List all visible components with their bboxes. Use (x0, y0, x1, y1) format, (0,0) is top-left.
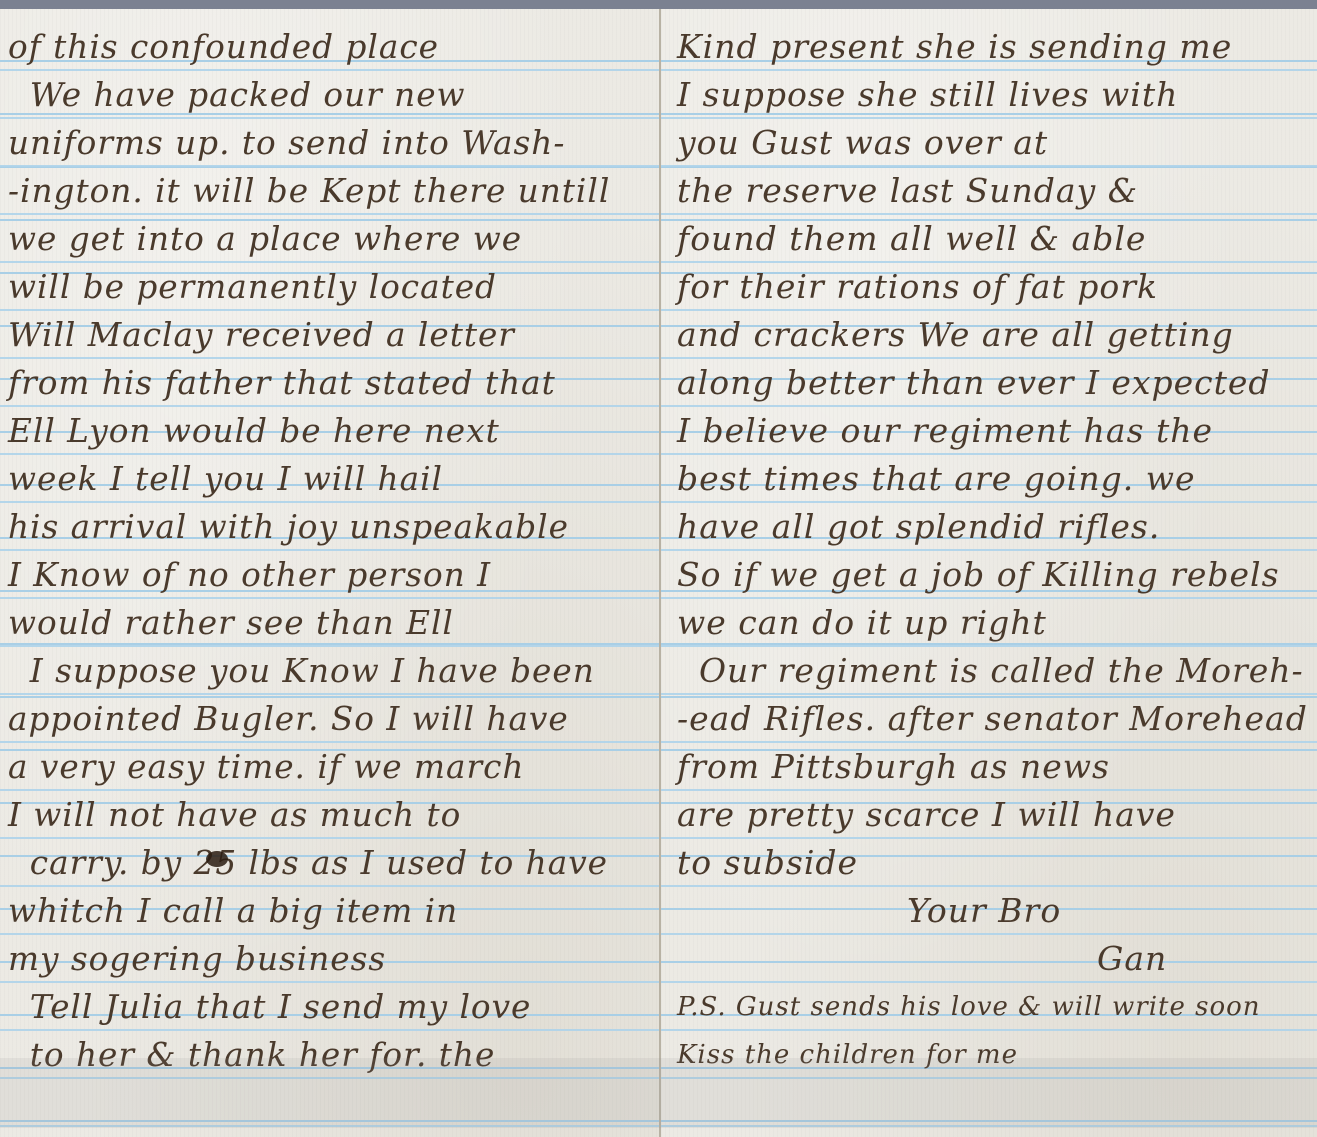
text-line: will be permanently located (8, 263, 653, 311)
text-line: my sogering business (8, 935, 653, 983)
text-line: Tell Julia that I send my love (8, 983, 653, 1031)
text-line: appointed Bugler. So I will have (8, 695, 653, 743)
text-line: Will Maclay received a letter (8, 311, 653, 359)
text-line: to subside (677, 839, 1317, 887)
text-line: along better than ever I expected (677, 359, 1317, 407)
text-line: I Know of no other person I (8, 551, 653, 599)
text-line: for their rations of fat pork (677, 263, 1317, 311)
text-line: -ead Rifles. after senator Morehead (677, 695, 1317, 743)
text-line: a very easy time. if we march (8, 743, 653, 791)
text-line: from Pittsburgh as news (677, 743, 1317, 791)
text-line: found them all well & able (677, 215, 1317, 263)
text-line: from his father that stated that (8, 359, 653, 407)
text-line: -ington. it will be Kept there untill (8, 167, 653, 215)
text-line: Ell Lyon would be here next (8, 407, 653, 455)
text-line: would rather see than Ell (8, 599, 653, 647)
right-page-text: Kind present she is sending me I suppose… (661, 23, 1317, 1079)
text-line: his arrival with joy unspeakable (8, 503, 653, 551)
text-line: I suppose she still lives with (677, 71, 1317, 119)
text-line: the reserve last Sunday & (677, 167, 1317, 215)
text-line: I will not have as much to (8, 791, 653, 839)
text-line: we get into a place where we (8, 215, 653, 263)
text-line: I suppose you Know I have been (8, 647, 653, 695)
text-line: We have packed our new (8, 71, 653, 119)
text-line: whitch I call a big item in (8, 887, 653, 935)
horizontal-fold-shadow (0, 1058, 1317, 1128)
right-page: Kind present she is sending me I suppose… (661, 9, 1317, 1137)
text-line: Kind present she is sending me (677, 23, 1317, 71)
text-line: you Gust was over at (677, 119, 1317, 167)
scan-border (0, 0, 1317, 9)
left-page-text: of this confounded place We have packed … (0, 23, 659, 1079)
text-line: week I tell you I will hail (8, 455, 653, 503)
closing: Your Bro (677, 887, 1317, 935)
text-line: Our regiment is called the Moreh- (677, 647, 1317, 695)
text-line: are pretty scarce I will have (677, 791, 1317, 839)
text-line: carry. by 25 lbs as I used to have (8, 839, 653, 887)
text-line: and crackers We are all getting (677, 311, 1317, 359)
text-line: best times that are going. we (677, 455, 1317, 503)
signature: Gan (677, 935, 1317, 983)
text-line: So if we get a job of Killing rebels (677, 551, 1317, 599)
text-line: we can do it up right (677, 599, 1317, 647)
text-line: have all got splendid rifles. (677, 503, 1317, 551)
text-line: I believe our regiment has the (677, 407, 1317, 455)
ink-blot (206, 851, 228, 867)
text-line: uniforms up. to send into Wash- (8, 119, 653, 167)
scanned-letter: of this confounded place We have packed … (0, 0, 1317, 1137)
postscript-line: P.S. Gust sends his love & will write so… (677, 983, 1317, 1031)
text-line: of this confounded place (8, 23, 653, 71)
left-page: of this confounded place We have packed … (0, 9, 659, 1137)
